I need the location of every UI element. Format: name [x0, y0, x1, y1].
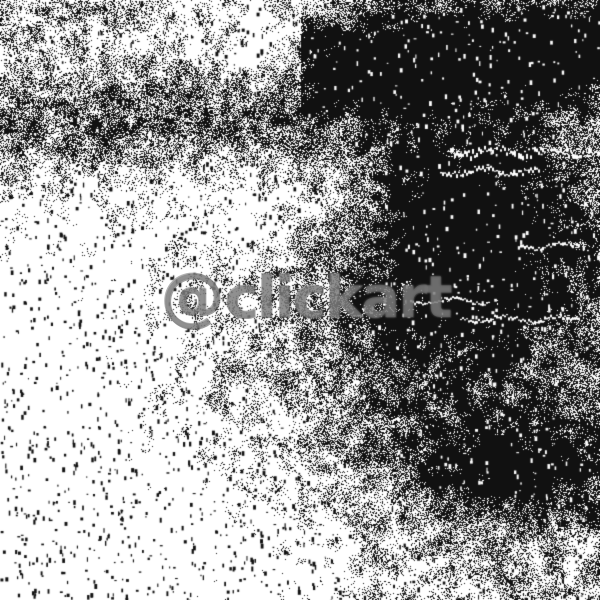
grunge-texture [0, 0, 600, 600]
